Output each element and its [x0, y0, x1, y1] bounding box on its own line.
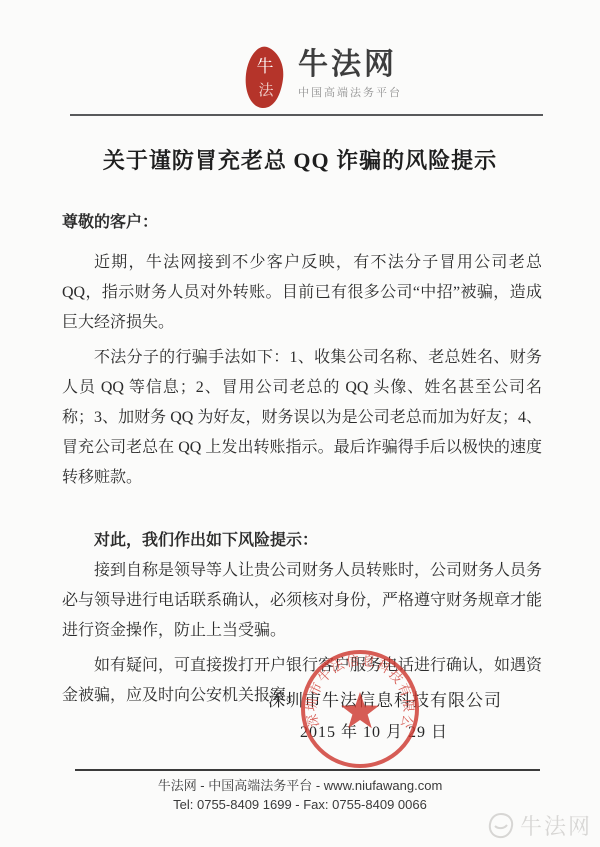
document-body: 尊敬的客户： 近期，牛法网接到不少客户反映，有不法分子冒用公司老总 QQ，指示财… — [62, 208, 542, 711]
watermark-logo-icon — [486, 811, 516, 841]
stamp-star-icon — [341, 692, 379, 728]
paragraph-advice: 接到自称是领导等人让贵公司财务人员转账时，公司财务人员务必与领导进行电话联系确认… — [62, 556, 542, 646]
brand-tagline: 中国高端法务平台 — [298, 84, 402, 100]
salutation: 尊敬的客户： — [62, 208, 542, 238]
footer-site-line: 牛法网 - 中国高端法务平台 - www.niufawang.com — [0, 776, 600, 795]
svg-text:法: 法 — [258, 82, 274, 99]
risk-warning-heading: 对此，我们作出如下风险提示： — [62, 526, 542, 556]
niufawang-seal-logo-icon: 牛 法 — [243, 45, 289, 111]
watermark-name: 牛法网 — [520, 810, 592, 841]
watermark: 牛法网 — [486, 810, 592, 841]
svg-text:牛: 牛 — [257, 57, 274, 76]
notice-page: 牛 法 牛法网 中国高端法务平台 关于谨防冒充老总 QQ 诈骗的风险提示 尊敬的… — [0, 0, 600, 847]
header-divider — [70, 114, 543, 116]
company-stamp-icon: 深圳市牛法信息科技有限公司 — [295, 644, 425, 774]
brand-name: 牛法网 — [298, 49, 402, 81]
brand-text-block: 牛法网 中国高端法务平台 — [298, 45, 402, 100]
page-title: 关于谨防冒充老总 QQ 诈骗的风险提示 — [0, 144, 600, 175]
footer-divider — [75, 769, 540, 771]
paragraph-intro: 近期，牛法网接到不少客户反映，有不法分子冒用公司老总 QQ，指示财务人员对外转账… — [62, 248, 542, 338]
paragraph-fraud-methods: 不法分子的行骗手法如下：1、收集公司名称、老总姓名、财务人员 QQ 等信息；2、… — [62, 343, 542, 493]
brand-header: 牛 法 牛法网 中国高端法务平台 — [243, 45, 402, 111]
footer: 牛法网 - 中国高端法务平台 - www.niufawang.com Tel: … — [0, 776, 600, 814]
